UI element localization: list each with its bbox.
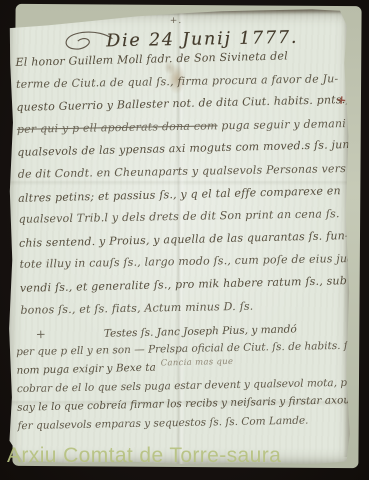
- line-text: puga seguir y demani antes ſs. y: [217, 116, 369, 132]
- line-text: El honor Guillem Moll fadr. de Son Sivin…: [15, 49, 288, 68]
- heading-mark: +.: [170, 16, 183, 26]
- struck-text: per qui y p ell apoderats dona com: [17, 119, 218, 136]
- archive-watermark: Arxiu Comtat de Torre-saura: [7, 444, 281, 468]
- cross-mark: +: [36, 327, 46, 341]
- paragraph-block-2: +Testes ſs. Janc Joseph Pius, y mandó pe…: [16, 321, 358, 439]
- manuscript-paper: +. Die 24 Junij 1777. El honor Guillem M…: [6, 8, 354, 466]
- photo-stage: +. Die 24 Junij 1777. El honor Guillem M…: [0, 0, 369, 480]
- red-cross-mark: +: [336, 92, 348, 107]
- interlinear-insertion: Cancia mas que: [161, 357, 234, 369]
- manuscript-content: +. Die 24 Junij 1777. El honor Guillem M…: [2, 5, 359, 470]
- line-text: nom puga exigir y Bexe ta: [16, 362, 156, 377]
- line-text: Testes ſs. Janc Joseph Pius, y mandó: [104, 323, 297, 339]
- paragraph-block-1: El honor Guillem Moll fadr. de Son Sivin…: [15, 49, 355, 327]
- date-heading-text: Die 24 Junij 1777.: [106, 28, 298, 52]
